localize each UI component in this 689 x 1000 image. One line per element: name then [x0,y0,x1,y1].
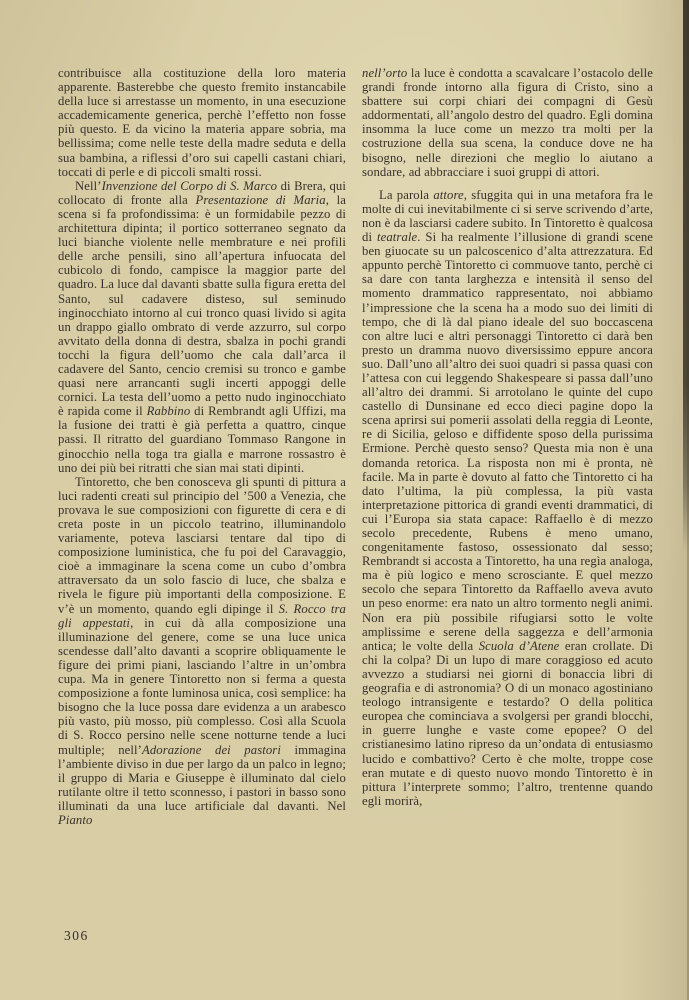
paragraph: Tintoretto, che ben conosceva gli spunti… [58,475,346,827]
italic-text-run: Presentazione di Maria [196,193,326,207]
text-column-left: contribuisce alla costituzione della lor… [58,66,346,922]
paragraph: nell’orto la luce è condotta a scavalcar… [362,66,653,179]
text-run: , in cui dà alla composizione una illumi… [58,616,346,757]
text-run: La parola [379,188,433,202]
text-run: Tintoretto, che ben conosceva gli spunti… [58,475,346,616]
text-run: contribuisce alla costituzione della lor… [58,66,346,179]
paragraph: contribuisce alla costituzione della lor… [58,66,346,179]
text-column-right: nell’orto la luce è condotta a scavalcar… [362,66,653,922]
paragraph: Nell’Invenzione del Corpo di S. Marco di… [58,179,346,475]
text-run: Nell’ [75,179,102,193]
text-run: eran crollate. Di chi la colpa? Di un lu… [362,639,653,808]
paragraph: La parola attore, sfuggita qui in una me… [362,188,653,808]
italic-text-run: teatrale [377,230,417,244]
text-run: , la scena si fa profondissima: è un for… [58,193,346,418]
italic-text-run: Rabbino [147,404,191,418]
italic-text-run: attore [433,188,463,202]
italic-text-run: Pianto [58,813,92,827]
italic-text-run: Invenzione del Corpo di S. Marco [102,179,278,193]
italic-text-run: nell’orto [362,66,407,80]
page-number: 306 [64,928,89,944]
book-page-scan: contribuisce alla costituzione della lor… [0,0,689,1000]
italic-text-run: Adorazione dei pastori [142,743,281,757]
text-run: . Si ha realmente l’illusione di grandi … [362,230,653,653]
text-run: la luce è condotta a scavalcare l’ostaco… [362,66,653,179]
scan-edge-shadow [683,0,689,552]
italic-text-run: Scuola d’Atene [479,639,560,653]
